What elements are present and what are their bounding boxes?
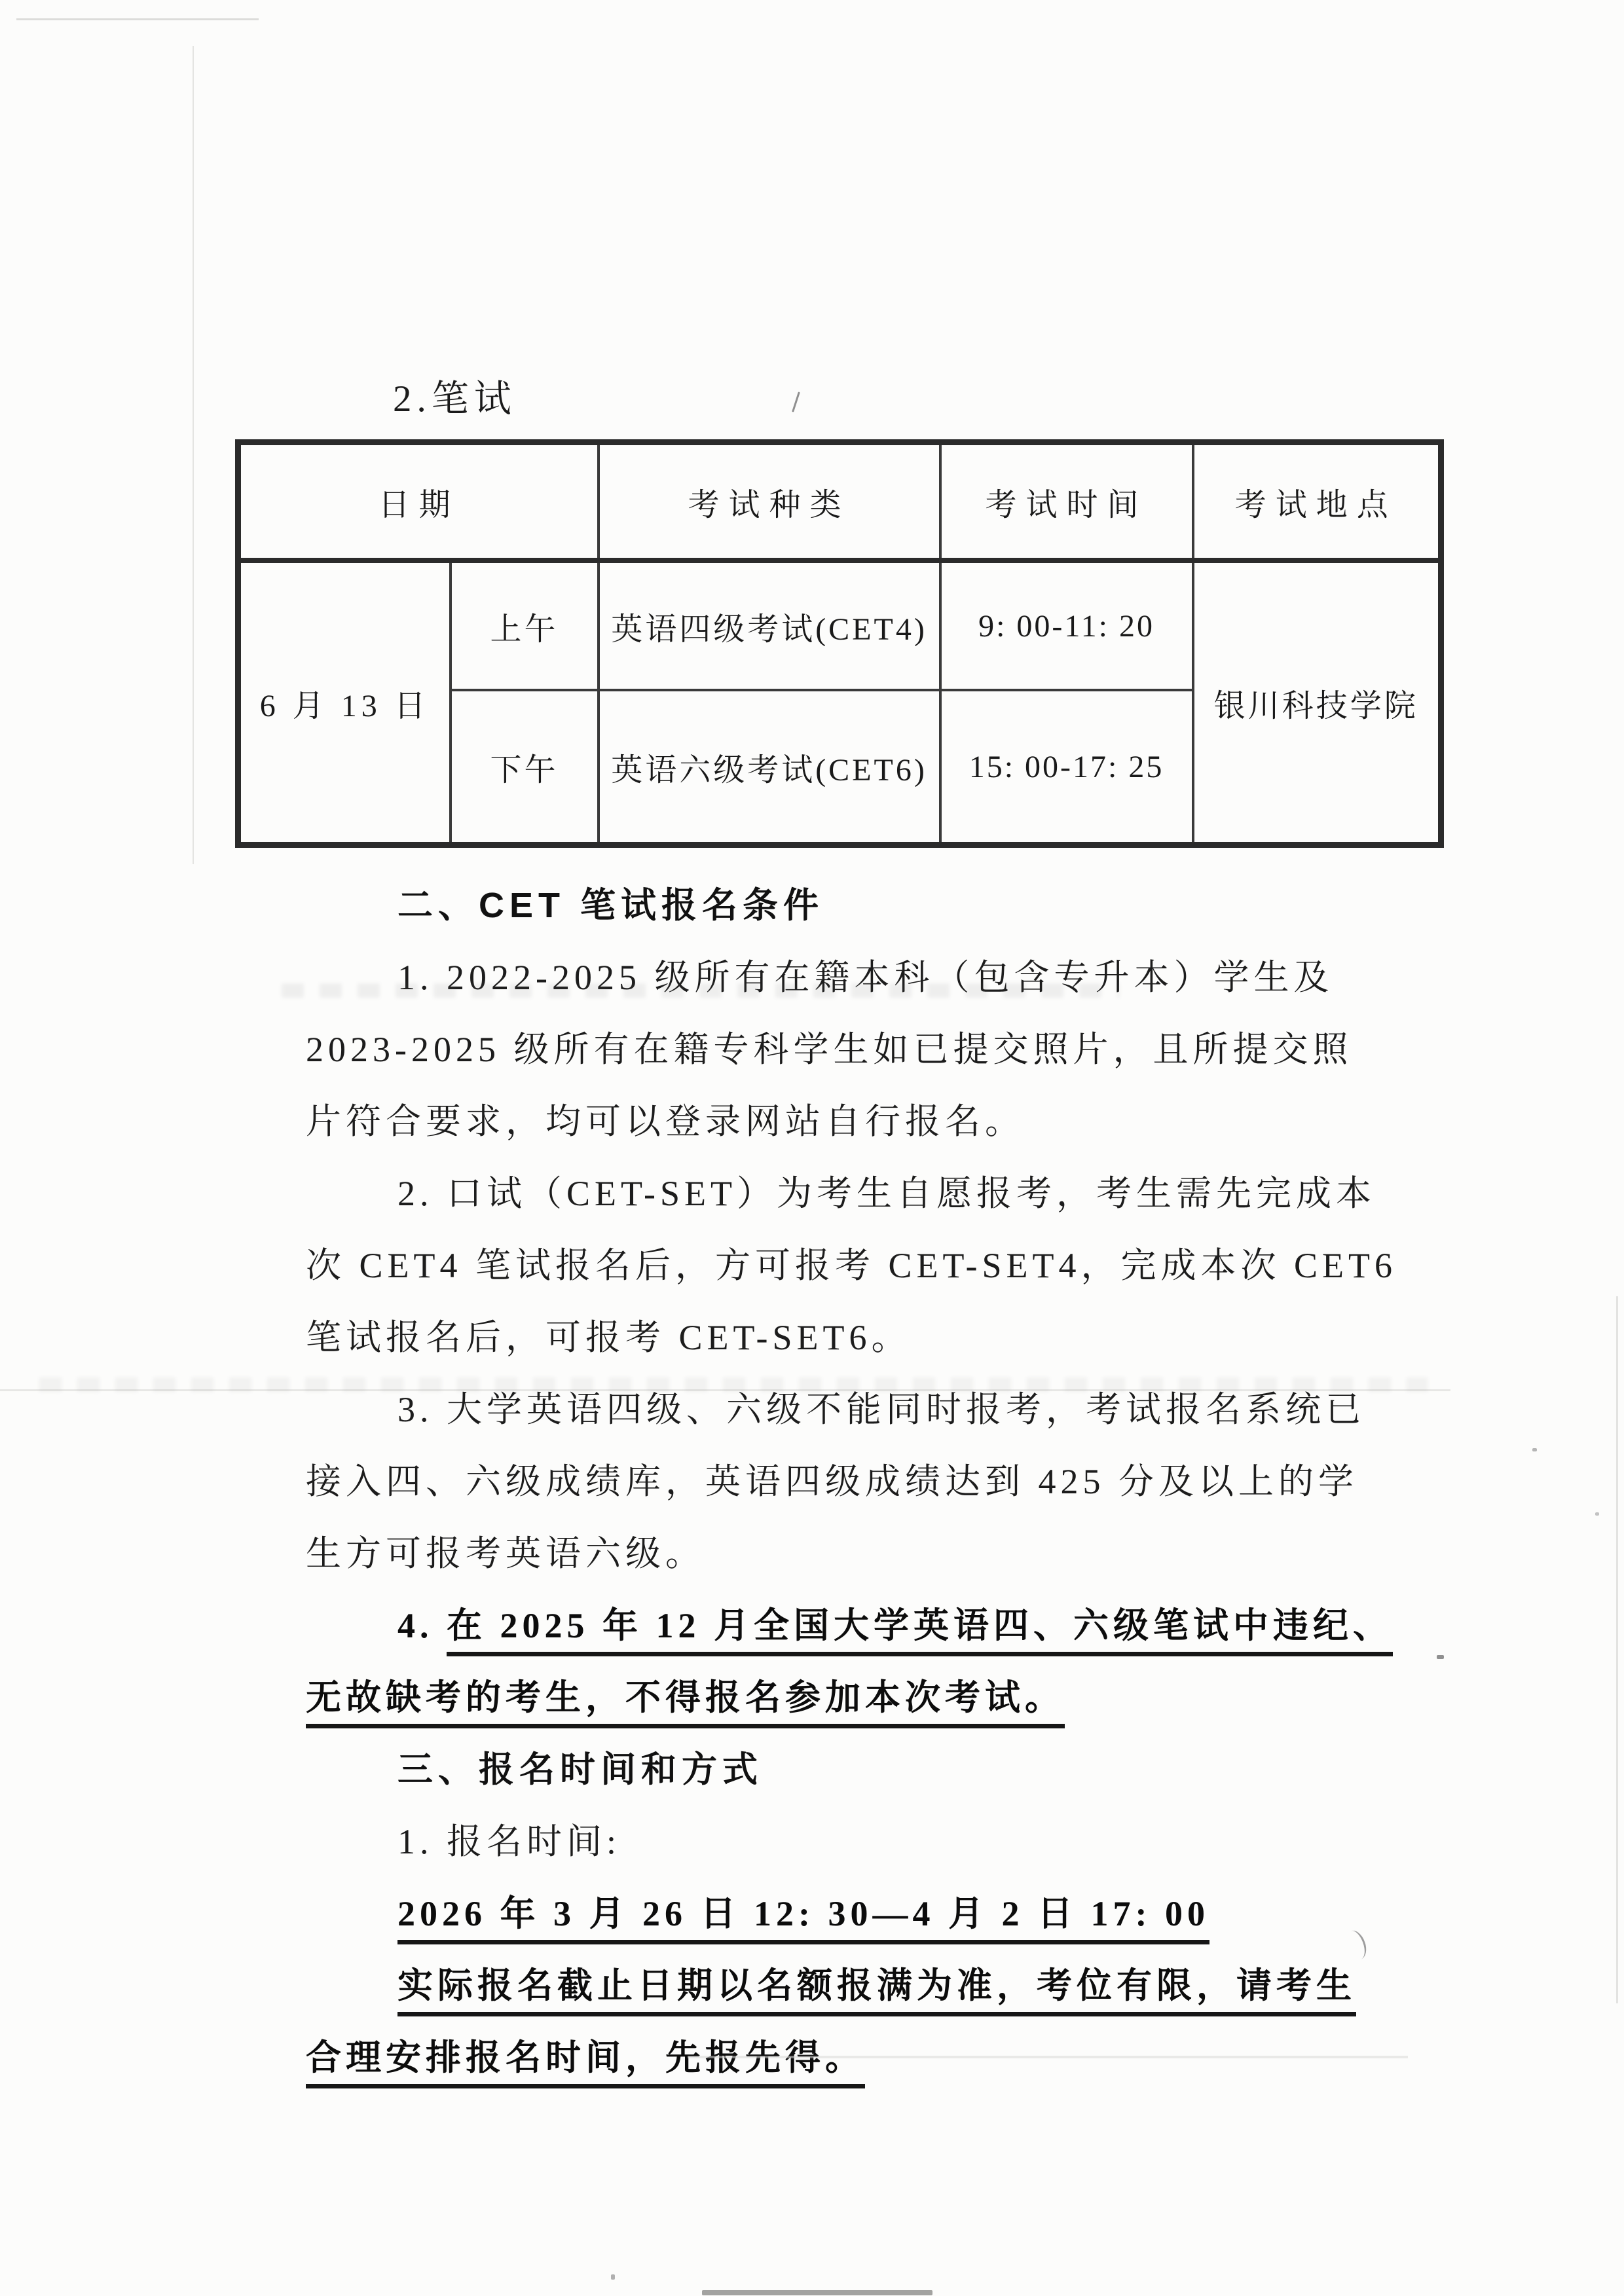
cell-exam-date: 6 月 13 日: [238, 560, 451, 845]
cell-exam-kind-cet4: 英语四级考试(CET4): [599, 560, 940, 690]
heading-section-2-conditions: 二、CET 笔试报名条件: [0, 869, 1624, 941]
scan-artifact-speck: [611, 2274, 615, 2280]
condition-4-number: 4.: [397, 1606, 447, 1645]
para-registration-time-label: 1. 报名时间:: [0, 1806, 1624, 1878]
cell-session-morning: 上午: [451, 560, 599, 690]
para-condition-1-line-1: 1. 2022-2025 级所有在籍本科（包含专升本）学生及: [0, 941, 1624, 1013]
registration-window-underlined: 2026 年 3 月 26 日 12: 30—4 月 2 日 17: 00: [397, 1894, 1209, 1944]
written-exam-schedule-table: 日期 考试种类 考试时间 考试地点 6 月 13 日 上午 英语四级考试(CET…: [235, 439, 1444, 848]
para-deadline-notice-line-2: 合理安排报名时间，先报先得。: [0, 2022, 1624, 2094]
section-2-pen-test-label: 2.笔试: [393, 368, 517, 431]
para-condition-2-line-1: 2. 口试（CET-SET）为考生自愿报考，考生需先完成本: [0, 1157, 1624, 1230]
table-header-row: 日期 考试种类 考试时间 考试地点: [238, 443, 1441, 561]
cell-exam-time-cet4: 9: 00-11: 20: [940, 560, 1193, 690]
para-deadline-notice-line-1: 实际报名截止日期以名额报满为准，考位有限，请考生: [0, 1950, 1624, 2022]
para-condition-2-line-2: 次 CET4 笔试报名后，方可报考 CET-SET4，完成本次 CET6: [0, 1230, 1624, 1302]
scan-artifact-tick-mark: [792, 392, 800, 412]
condition-4-underlined-text-2: 无故缺考的考生，不得报名参加本次考试。: [306, 1678, 1065, 1728]
col-header-exam-place: 考试地点: [1193, 443, 1441, 561]
para-condition-2-line-3: 笔试报名后，可报考 CET-SET6。: [0, 1302, 1624, 1374]
para-condition-3-line-1: 3. 大学英语四级、六级不能同时报考，考试报名系统已: [0, 1374, 1624, 1446]
line-registration-window: 2026 年 3 月 26 日 12: 30—4 月 2 日 17: 00: [0, 1878, 1624, 1950]
scan-artifact-left-line: [193, 46, 194, 864]
cell-session-afternoon: 下午: [451, 690, 599, 845]
para-condition-1-line-3: 片符合要求，均可以登录网站自行报名。: [0, 1085, 1624, 1157]
para-condition-3-line-3: 生方可报考英语六级。: [0, 1518, 1624, 1590]
cell-exam-place: 银川科技学院: [1193, 560, 1441, 845]
scan-artifact-top-line: [16, 18, 259, 20]
scan-artifact-bottom-edge: [702, 2290, 932, 2295]
para-condition-4-line-1: 4. 在 2025 年 12 月全国大学英语四、六级笔试中违纪、: [0, 1590, 1624, 1662]
cell-exam-kind-cet6: 英语六级考试(CET6): [599, 690, 940, 845]
col-header-date: 日期: [238, 443, 599, 561]
scanned-document-page: 2.笔试 日期 考试种类 考试时间 考试地点 6 月 13 日 上午 英语四级考…: [0, 0, 1624, 2296]
cell-exam-time-cet6: 15: 00-17: 25: [940, 690, 1193, 845]
condition-4-underlined-text: 在 2025 年 12 月全国大学英语四、六级笔试中违纪、: [447, 1606, 1393, 1656]
para-condition-3-line-2: 接入四、六级成绩库，英语四级成绩达到 425 分及以上的学: [0, 1446, 1624, 1518]
para-condition-4-line-2: 无故缺考的考生，不得报名参加本次考试。: [0, 1662, 1624, 1734]
document-body-text: 二、CET 笔试报名条件 1. 2022-2025 级所有在籍本科（包含专升本）…: [0, 869, 1624, 2094]
deadline-notice-underlined-1: 实际报名截止日期以名额报满为准，考位有限，请考生: [397, 1966, 1356, 2016]
col-header-exam-kind: 考试种类: [599, 443, 940, 561]
heading-section-3-time-method: 三、报名时间和方式: [0, 1734, 1624, 1806]
col-header-exam-time: 考试时间: [940, 443, 1193, 561]
para-condition-1-line-2: 2023-2025 级所有在籍专科学生如已提交照片，且所提交照: [0, 1013, 1624, 1085]
table-row-morning: 6 月 13 日 上午 英语四级考试(CET4) 9: 00-11: 20 银川…: [238, 560, 1441, 690]
deadline-notice-underlined-2: 合理安排报名时间，先报先得。: [306, 2038, 865, 2088]
